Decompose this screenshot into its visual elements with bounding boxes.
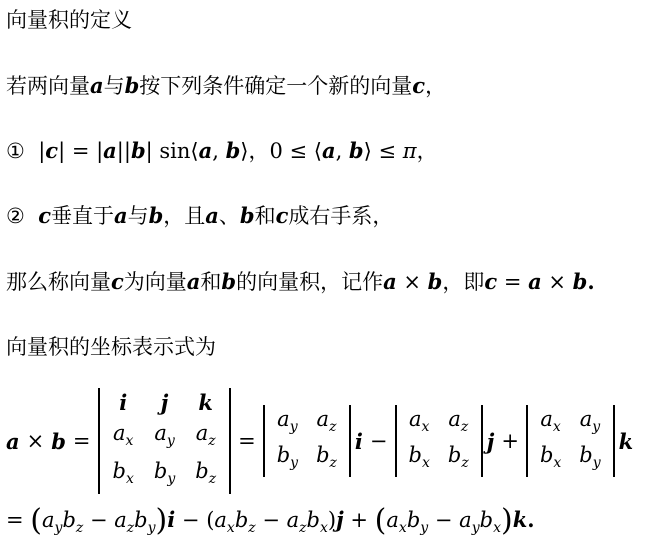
condition-2: ② c垂直于a与b，且a、b和c成右手系， xyxy=(6,202,393,230)
coord-heading: 向量积的坐标表示式为 xyxy=(6,333,216,361)
intro-prefix: 若两向量 xyxy=(6,74,90,98)
intro-mid: 按下列条件确定一个新的向量 xyxy=(139,74,412,98)
determinant-equation: a×b= ijk axayaz bxbybz = ayazbybz i− axa… xyxy=(6,388,633,494)
condition-1-marker: ① xyxy=(6,139,25,163)
condition-2-marker: ② xyxy=(6,204,25,228)
conclusion: 那么称向量c为向量a和b的向量积，记作a × b，即c = a × b. xyxy=(6,268,595,296)
vector-b: b xyxy=(125,73,140,98)
vector-c: c xyxy=(412,73,425,98)
condition-1-formula: |c| = |a||b| sin⟨a, b⟩，0 ≤ ⟨a, b⟩ ≤ π， xyxy=(38,139,437,163)
section-title: 向量积的定义 xyxy=(6,6,132,34)
vector-a: a xyxy=(90,73,104,98)
lhs: a xyxy=(6,429,20,454)
condition-2-text: c垂直于a与b，且a、b和c成右手系， xyxy=(38,204,393,228)
minor-k: axaybxby xyxy=(526,405,615,477)
determinant-3x3: ijk axayaz bxbybz xyxy=(98,388,232,494)
condition-1: ① |c| = |a||b| sin⟨a, b⟩，0 ≤ ⟨a, b⟩ ≤ π， xyxy=(6,137,438,165)
intro-sentence: 若两向量a与b按下列条件确定一个新的向量c， xyxy=(6,72,446,100)
intro-conj: 与 xyxy=(104,74,125,98)
minor-i: ayazbybz xyxy=(263,405,351,477)
minor-j: axazbxbz xyxy=(395,405,483,477)
intro-end: ， xyxy=(425,74,446,98)
final-expansion: = (aybz − azby)i − (axbz − azbx)j + (axb… xyxy=(6,506,535,540)
